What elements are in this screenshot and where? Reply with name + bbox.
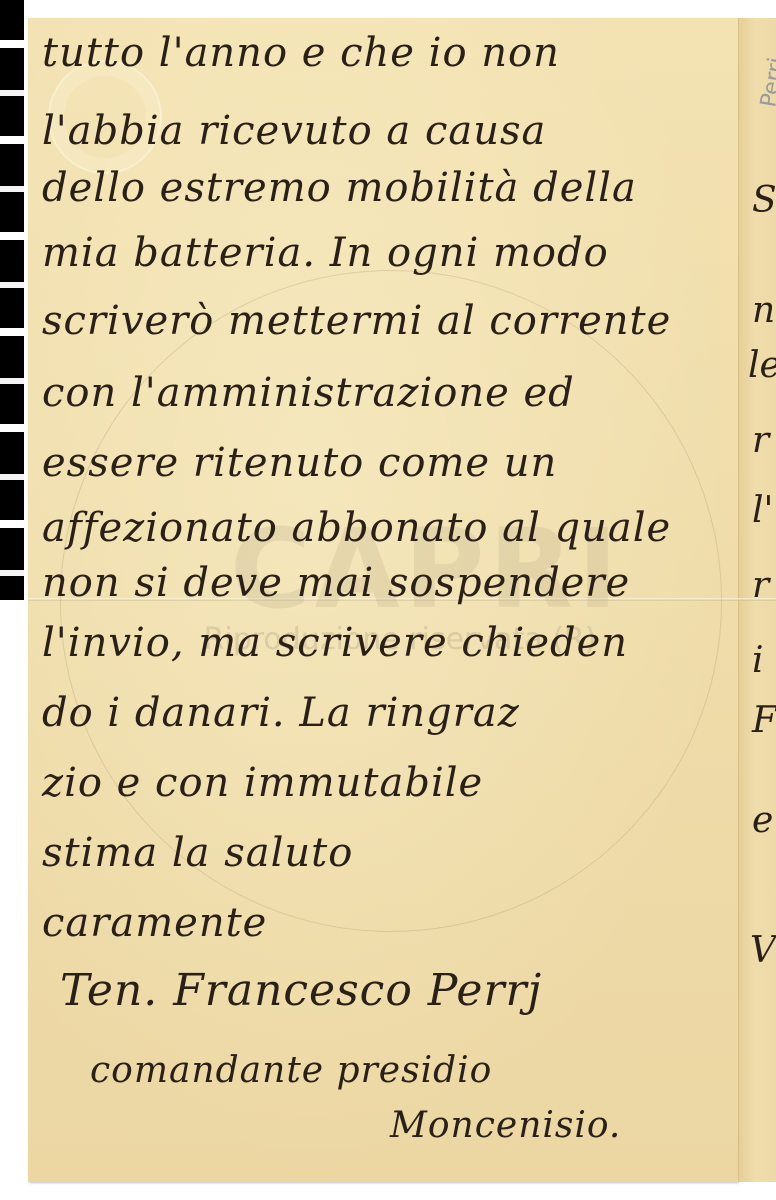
letter-line-14: caramente bbox=[42, 900, 267, 946]
letter-line-2: l'abbia ricevuto a causa bbox=[42, 108, 546, 154]
right-page-fragment: e bbox=[752, 800, 773, 841]
letter-line-4: mia batteria. In ogni modo bbox=[42, 230, 609, 276]
letter-line-11: do i danari. La ringraz bbox=[42, 690, 520, 736]
right-page-fragment: V bbox=[750, 930, 776, 971]
right-page-fragment: i bbox=[752, 640, 764, 681]
right-page-fragment: r bbox=[752, 565, 769, 606]
signature-title: comandante presidio bbox=[90, 1050, 492, 1091]
letter-line-10: l'invio, ma scrivere chieden bbox=[42, 620, 628, 666]
letter-line-9: non si deve mai sospendere bbox=[42, 560, 630, 606]
letter-line-1: tutto l'anno e che io non bbox=[42, 30, 560, 76]
letter-line-12: zio e con immutabile bbox=[42, 760, 483, 806]
letter-line-8: affezionato abbonato al quale bbox=[42, 505, 671, 551]
signature-name: Ten. Francesco Perrj bbox=[60, 965, 542, 1016]
letter-line-7: essere ritenuto come un bbox=[42, 440, 557, 486]
right-page-fragment: F bbox=[752, 700, 776, 741]
scan-edge-artifact bbox=[0, 0, 24, 600]
letter-line-13: stima la saluto bbox=[42, 830, 353, 876]
right-page-fragment: le bbox=[748, 345, 776, 386]
right-page-fragment: S bbox=[752, 180, 776, 221]
letter-line-3: dello estremo mobilità della bbox=[42, 165, 637, 211]
signature-location: Moncenisio. bbox=[390, 1105, 621, 1146]
right-page-fragment: l' bbox=[752, 490, 773, 531]
letter-line-5: scriverò mettermi al corrente bbox=[42, 298, 671, 344]
right-page-fragment: n bbox=[752, 290, 775, 331]
right-page-fragment: r bbox=[752, 420, 769, 461]
letter-line-6: con l'amministrazione ed bbox=[42, 370, 575, 416]
